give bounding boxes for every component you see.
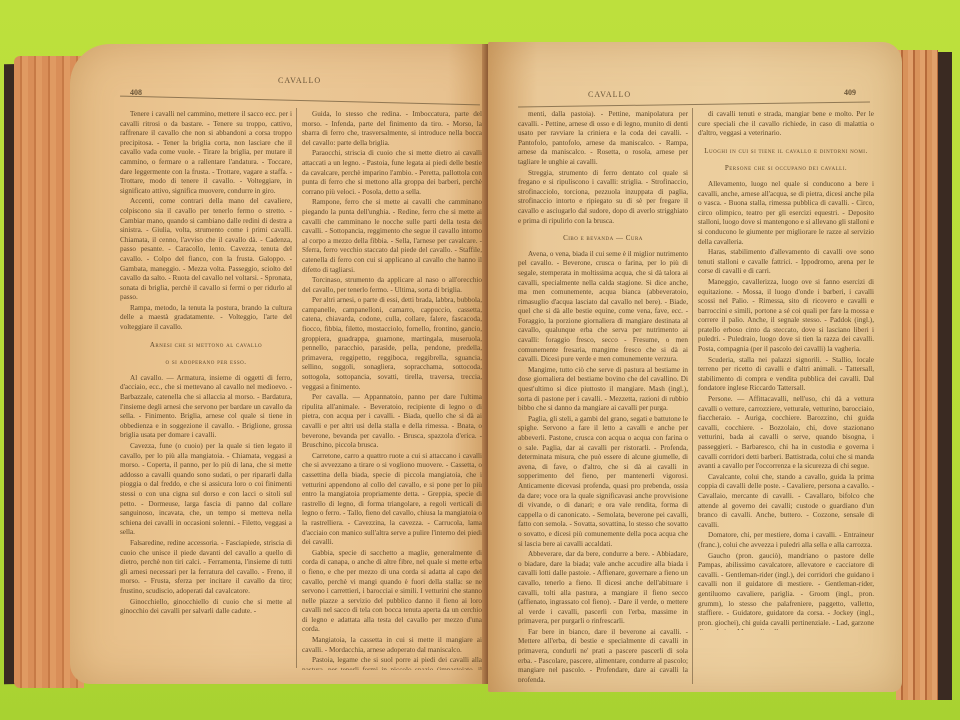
paragraph: Avena, o vena, biada il cui seme è il mi… xyxy=(518,250,688,365)
paragraph: Persone. — Affittacavalli, nell'uso, chi… xyxy=(698,395,874,472)
paragraph: Per altri arnesi, o parte di essi, detti… xyxy=(302,296,482,392)
paragraph: Carretone, carro a quattro ruote a cui s… xyxy=(302,452,482,548)
column-rule xyxy=(296,108,297,668)
paragraph: Mangiatoia, la cassetta in cui si mette … xyxy=(302,636,482,655)
section-heading: Luoghi in cui si tiene il cavallo e dint… xyxy=(698,147,874,157)
running-head: CAVALLO xyxy=(588,90,631,99)
paragraph: Guida, lo stesso che redina. - Imboccatu… xyxy=(302,110,482,148)
paragraph: Paglia, gli steli, a gambi del grano, se… xyxy=(518,415,688,549)
header-rule xyxy=(120,96,480,106)
paragraph: Cavezza, fune (o cuoio) per la quale si … xyxy=(120,442,292,538)
text-column: Guida, lo stesso che redina. - Imboccatu… xyxy=(302,110,482,670)
paragraph: Mangime, tutto ciò che serve di pastura … xyxy=(518,366,688,414)
paragraph: Torcinaso, strumento da applicare al nas… xyxy=(302,276,482,295)
paragraph: Scuderia, stalla nei palazzi signorili. … xyxy=(698,356,874,394)
section-heading: Cibo e bevanda — Cura xyxy=(518,234,688,244)
paragraph: Al cavallo. — Armatura, insieme di ogget… xyxy=(120,374,292,441)
paragraph: Gabbia, specie di sacchetto a maglie, ge… xyxy=(302,549,482,635)
paragraph: Gaucho (pron. gauciò), mandriano o pasto… xyxy=(698,552,874,630)
paragraph: Cavalcante, colui che, stando a cavallo,… xyxy=(698,473,874,531)
paragraph: Paraocchi, striscia di cuoio che si mett… xyxy=(302,149,482,197)
header-rule xyxy=(518,102,870,108)
paragraph: Accenti, come contrari della mano del ca… xyxy=(120,197,292,303)
left-page: 408 CAVALLO Tenere i cavalli nel cammino… xyxy=(70,44,490,684)
text-column: di cavalli tenuti e strada, mangiar bene… xyxy=(698,110,874,630)
paragraph: Tenere i cavalli nel cammino, mettere il… xyxy=(120,110,292,196)
running-head: CAVALLO xyxy=(278,76,321,85)
paragraph: Maneggio, cavallerizza, luogo ove si fan… xyxy=(698,278,874,355)
page-edges-right xyxy=(896,50,938,700)
paragraph: Domatore, chi, per mestiere, doma i cava… xyxy=(698,531,874,550)
section-heading: Persone che si occupano dei cavalli. xyxy=(698,164,874,174)
paragraph: di cavalli tenuti e strada, mangiar bene… xyxy=(698,110,874,139)
paragraph: Per cavalla. — Appannatoio, panno per da… xyxy=(302,393,482,451)
paragraph: Far bere in bianco, dare il beverone ai … xyxy=(518,628,688,682)
column-rule xyxy=(692,108,693,684)
right-page: CAVALLO 409 menti, dalla pastoia). - Pet… xyxy=(488,42,902,692)
paragraph: Abbeverare, dar da bere, condurre a bere… xyxy=(518,550,688,627)
text-column: menti, dalla pastoia). - Pettine, manipo… xyxy=(518,110,688,682)
section-heading: o si adoperano per esso. xyxy=(120,358,292,368)
page-number: 409 xyxy=(844,88,856,97)
paragraph: Streggia, strumento di ferro dentato col… xyxy=(518,169,688,227)
paragraph: Allevamento, luogo nel quale si conducon… xyxy=(698,180,874,247)
text-column: Tenere i cavalli nel cammino, mettere il… xyxy=(120,110,292,670)
paragraph: menti, dalla pastoia). - Pettine, manipo… xyxy=(518,110,688,168)
paragraph: Rampone, ferro che si mette ai cavalli c… xyxy=(302,198,482,275)
paragraph: Haras, stabilimento d'allevamento di cav… xyxy=(698,248,874,277)
paragraph: Ginocchiello, ginocchiello di cuoio che … xyxy=(120,598,292,617)
paragraph: Pastoia, legame che si suol porre ai pie… xyxy=(302,656,482,670)
paragraph: Rampa, metodo, la tenuta la postura, bra… xyxy=(120,304,292,333)
section-heading: Arnesi che si mettono al cavallo xyxy=(120,341,292,351)
paragraph: Falsaredine, redine accessoria. - Fascia… xyxy=(120,539,292,597)
